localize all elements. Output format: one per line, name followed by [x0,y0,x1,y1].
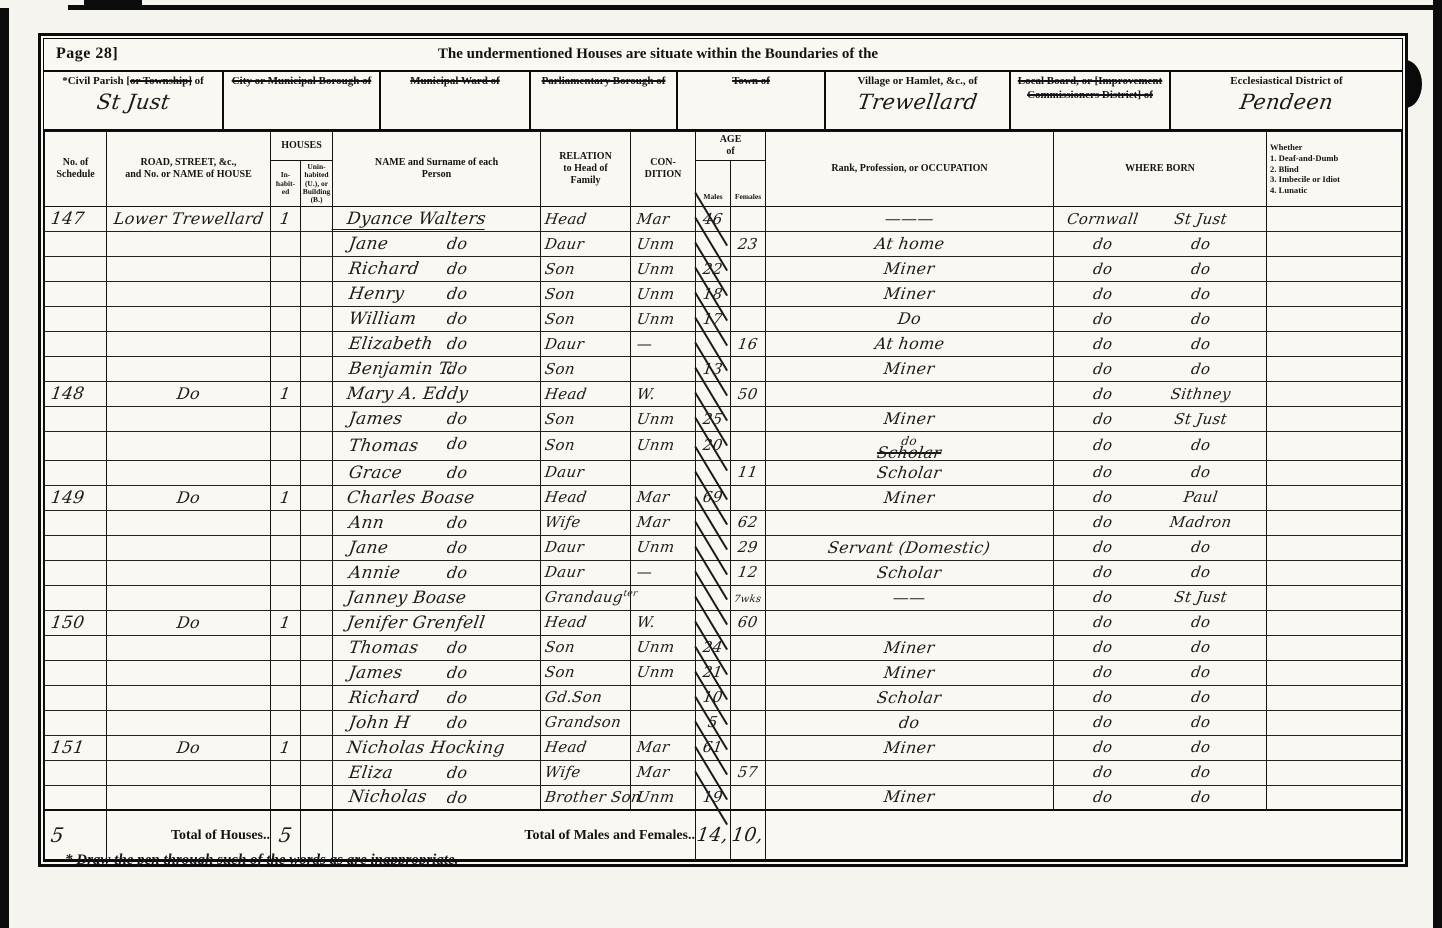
cell-schedule-number [45,685,107,710]
table-row: GracedoDaur11Scholardodo [45,460,1402,485]
cell-infirmity [1267,560,1402,585]
col-header-age-group: AGE of [696,132,766,161]
cell-houses-inhabited [271,510,301,535]
cell-schedule-number [45,332,107,357]
cell-houses-inhabited [271,760,301,785]
cell-occupation: Miner [766,735,1054,760]
col-header-inhabited: In- habit- ed [271,161,301,207]
cell-age-male [696,510,731,535]
cell-infirmity [1267,485,1402,510]
cell-person-name: Elizado [333,760,541,785]
cell-where-born: CornwallSt Just [1054,207,1267,232]
cell-road-name [107,560,271,585]
cell-schedule-number [45,510,107,535]
cell-age-female: 50 [731,382,766,407]
cell-infirmity [1267,232,1402,257]
cell-person-name: Elizabethdo [333,332,541,357]
cell-occupation: Scholar [766,560,1054,585]
footnote: * Draw the pen through such of the words… [65,852,458,869]
cell-schedule-number [45,282,107,307]
district-label: Village or Hamlet, &c., of [826,75,1009,89]
cell-age-male [696,560,731,585]
cell-relation: Wife [541,760,631,785]
district-value: Pendeen [1238,90,1334,114]
cell-houses-uninhabited [301,232,333,257]
cell-where-born: dodo [1054,232,1267,257]
table-row: JanedoDaurUnm29Servant (Domestic)dodo [45,535,1402,560]
table-row: AnniedoDaur—12Scholardodo [45,560,1402,585]
cell-houses-inhabited [271,585,301,610]
cell-houses-uninhabited [301,307,333,332]
col-header-schedule: No. of Schedule [45,132,107,207]
table-row: RicharddoSonUnm22Minerdodo [45,257,1402,282]
cell-houses-uninhabited [301,710,333,735]
cell-occupation: Do [766,307,1054,332]
cell-person-name: Mary A. Eddy [333,382,541,407]
scan-artifact-right-bar [1433,0,1442,928]
form-frame: Page 28] The undermentioned Houses are s… [38,33,1408,867]
cell-relation: Daur [541,460,631,485]
table-row: WilliamdoSonUnm17Dododo [45,307,1402,332]
cell-where-born: dodo [1054,685,1267,710]
cell-age-male: 22 [696,257,731,282]
cell-schedule-number: 147 [45,207,107,232]
cell-condition [631,460,696,485]
cell-infirmity [1267,685,1402,710]
cell-occupation: Miner [766,785,1054,810]
table-row: 151Do1Nicholas HockingHeadMar61Minerdodo [45,735,1402,760]
district-cell-2: Municipal Ward of [381,72,531,129]
cell-where-born: dodo [1054,610,1267,635]
cell-schedule-number: 151 [45,735,107,760]
cell-person-name: Anndo [333,510,541,535]
cell-infirmity [1267,432,1402,460]
table-row: 149Do1Charles BoaseHeadMar69MinerdoPaul [45,485,1402,510]
table-row: ThomasdoSonUnm20doScholardodo [45,432,1402,460]
cell-relation: Son [541,357,631,382]
cell-condition: Unm [631,232,696,257]
cell-relation: Head [541,382,631,407]
cell-condition [631,585,696,610]
cell-where-born: dodo [1054,282,1267,307]
cell-road-name: Do [107,735,271,760]
cell-occupation: Servant (Domestic) [766,535,1054,560]
cell-occupation: Miner [766,282,1054,307]
cell-occupation: —— [766,585,1054,610]
cell-person-name: Thomasdo [333,635,541,660]
cell-road-name [107,460,271,485]
cell-relation: Head [541,207,631,232]
cell-where-born: dodo [1054,535,1267,560]
cell-schedule-number [45,635,107,660]
cell-relation: Daur [541,232,631,257]
cell-infirmity [1267,785,1402,810]
district-label: Town of [678,75,824,89]
cell-houses-inhabited [271,560,301,585]
district-value: St Just [95,90,171,114]
cell-houses-uninhabited [301,610,333,635]
cell-road-name: Do [107,485,271,510]
cell-road-name: Lower Trewellard [107,207,271,232]
cell-road-name [107,332,271,357]
district-cell-3: Parliamentary Borough of [531,72,678,129]
cell-age-female [731,710,766,735]
cell-schedule-number [45,535,107,560]
cell-condition: — [631,332,696,357]
cell-where-born: doPaul [1054,485,1267,510]
cell-infirmity [1267,610,1402,635]
cell-occupation: At home [766,232,1054,257]
district-cell-5: Village or Hamlet, &c., ofTrewellard [826,72,1011,129]
col-header-occupation: Rank, Profession, or OCCUPATION [766,132,1054,207]
cell-occupation: Miner [766,257,1054,282]
totals-males: 14, [696,810,731,860]
table-row: HenrydoSonUnm18Minerdodo [45,282,1402,307]
cell-age-female [731,685,766,710]
cell-occupation: do [766,710,1054,735]
cell-where-born: doSithney [1054,382,1267,407]
cell-houses-inhabited: 1 [271,485,301,510]
table-row: JamesdoSonUnm25MinerdoSt Just [45,407,1402,432]
district-label: *Civil Parish [or Township] of [44,75,222,89]
cell-condition: Unm [631,307,696,332]
cell-houses-uninhabited [301,382,333,407]
cell-age-female [731,485,766,510]
cell-age-male: 19 [696,785,731,810]
cell-where-born: doSt Just [1054,585,1267,610]
cell-age-female [731,307,766,332]
cell-where-born: dodo [1054,332,1267,357]
cell-schedule-number [45,460,107,485]
cell-age-male: 17 [696,307,731,332]
cell-houses-inhabited: 1 [271,735,301,760]
cell-road-name [107,685,271,710]
col-header-infirmity: Whether 1. Deaf-and-Dumb 2. Blind 3. Imb… [1267,132,1402,207]
cell-person-name: Richarddo [333,257,541,282]
cell-houses-uninhabited [301,282,333,307]
cell-occupation: doScholar [766,432,1054,460]
cell-age-female: 12 [731,560,766,585]
district-value: Trewellard [856,90,979,114]
cell-houses-uninhabited [301,535,333,560]
cell-schedule-number [45,785,107,810]
cell-age-female [731,635,766,660]
cell-person-name: Jamesdo [333,407,541,432]
cell-road-name [107,232,271,257]
scan-artifact-left-bar [0,8,9,928]
cell-infirmity [1267,357,1402,382]
cell-road-name: Do [107,610,271,635]
cell-houses-inhabited [271,332,301,357]
cell-schedule-number [45,760,107,785]
cell-schedule-number [45,307,107,332]
cell-person-name: Gracedo [333,460,541,485]
cell-houses-uninhabited [301,357,333,382]
col-header-where-born: WHERE BORN [1054,132,1267,207]
cell-houses-uninhabited [301,432,333,460]
cell-age-female [731,432,766,460]
cell-infirmity [1267,207,1402,232]
cell-where-born: dodo [1054,357,1267,382]
cell-infirmity [1267,760,1402,785]
cell-schedule-number [45,232,107,257]
cell-age-female: 23 [731,232,766,257]
cell-infirmity [1267,510,1402,535]
cell-age-male: 61 [696,735,731,760]
cell-infirmity [1267,282,1402,307]
cell-relation: Son [541,257,631,282]
cell-age-male: 69 [696,485,731,510]
cell-road-name [107,760,271,785]
cell-where-born: dodo [1054,735,1267,760]
cell-person-name: Charles Boase [333,485,541,510]
table-row: JanedoDaurUnm23At homedodo [45,232,1402,257]
cell-relation: Daur [541,332,631,357]
table-row: Janney BoaseGrandaugter7wks——doSt Just [45,585,1402,610]
cell-age-male: 25 [696,407,731,432]
col-header-females: Females [731,161,766,207]
cell-age-male [696,232,731,257]
scan-artifact-top-line [68,5,1442,10]
cell-where-born: dodo [1054,635,1267,660]
cell-condition: Mar [631,485,696,510]
cell-occupation: Miner [766,357,1054,382]
cell-occupation: Scholar [766,460,1054,485]
cell-condition: Mar [631,760,696,785]
cell-person-name: Dyance Walters [333,207,541,232]
cell-houses-uninhabited [301,257,333,282]
cell-houses-inhabited [271,257,301,282]
cell-age-female [731,660,766,685]
district-header: *Civil Parish [or Township] ofSt JustCit… [44,72,1402,131]
cell-age-female [731,357,766,382]
cell-houses-uninhabited [301,560,333,585]
cell-houses-inhabited [271,357,301,382]
cell-relation: Son [541,635,631,660]
cell-condition: Unm [631,282,696,307]
cell-infirmity [1267,332,1402,357]
cell-age-female [731,785,766,810]
cell-houses-inhabited [271,660,301,685]
cell-houses-inhabited [271,282,301,307]
title-row: Page 28] The undermentioned Houses are s… [44,39,1402,72]
cell-where-born: dodo [1054,660,1267,685]
cell-road-name [107,307,271,332]
cell-road-name [107,510,271,535]
cell-houses-inhabited [271,710,301,735]
cell-condition: Unm [631,432,696,460]
cell-relation: Son [541,282,631,307]
scan-artifact-top-mark [84,0,142,6]
cell-relation: Head [541,735,631,760]
cell-condition: Unm [631,785,696,810]
cell-occupation: Miner [766,407,1054,432]
cell-road-name [107,407,271,432]
cell-road-name: Do [107,382,271,407]
cell-relation: Gd.Son [541,685,631,710]
cell-relation: Grandson [541,710,631,735]
district-cell-4: Town of [678,72,826,129]
cell-age-female: 60 [731,610,766,635]
cell-condition: Unm [631,407,696,432]
cell-condition [631,685,696,710]
district-cell-6: Local Board, or [Improvement Commissione… [1011,72,1171,129]
cell-age-male: 20 [696,432,731,460]
cell-road-name [107,257,271,282]
cell-where-born: dodo [1054,257,1267,282]
table-row: John HdoGrandson5dododo [45,710,1402,735]
cell-person-name: Janedo [333,232,541,257]
cell-age-male [696,535,731,560]
cell-houses-uninhabited [301,635,333,660]
cell-occupation: ——— [766,207,1054,232]
col-header-relation: RELATION to Head of Family [541,132,631,207]
cell-infirmity [1267,660,1402,685]
table-row: ElizabethdoDaur—16At homedodo [45,332,1402,357]
cell-schedule-number [45,432,107,460]
cell-person-name: Janedo [333,535,541,560]
cell-relation: Grandaugter [541,585,631,610]
cell-condition: — [631,560,696,585]
cell-road-name [107,282,271,307]
census-page: Page 28] The undermentioned Houses are s… [0,0,1442,928]
cell-houses-uninhabited [301,460,333,485]
cell-condition: Unm [631,635,696,660]
cell-age-female: 57 [731,760,766,785]
cell-condition [631,710,696,735]
cell-relation: Head [541,610,631,635]
cell-where-born: dodo [1054,560,1267,585]
cell-person-name: Anniedo [333,560,541,585]
cell-person-name: John Hdo [333,710,541,735]
cell-person-name: Henrydo [333,282,541,307]
cell-schedule-number [45,407,107,432]
table-row: 150Do1Jenifer GrenfellHeadW.60dodo [45,610,1402,635]
cell-infirmity [1267,735,1402,760]
cell-condition: Unm [631,535,696,560]
cell-age-female: 11 [731,460,766,485]
cell-where-born: dodo [1054,760,1267,785]
cell-relation: Daur [541,560,631,585]
cell-houses-inhabited [271,432,301,460]
cell-occupation: Miner [766,635,1054,660]
cell-infirmity [1267,257,1402,282]
cell-houses-uninhabited [301,407,333,432]
cell-where-born: dodo [1054,710,1267,735]
cell-age-female [731,207,766,232]
col-header-condition: CON- DITION [631,132,696,207]
cell-infirmity [1267,460,1402,485]
table-row: Benjamin T.doSon13Minerdodo [45,357,1402,382]
cell-person-name: Janney Boase [333,585,541,610]
table-row: RicharddoGd.Son10Scholardodo [45,685,1402,710]
col-header-uninhabited: Unin- habited (U.), or Building (B.) [301,161,333,207]
cell-where-born: dodo [1054,785,1267,810]
cell-condition: Unm [631,660,696,685]
cell-age-male [696,760,731,785]
cell-where-born: dodo [1054,460,1267,485]
table-row: 147Lower Trewellard1Dyance WaltersHeadMa… [45,207,1402,232]
cell-age-male: 10 [696,685,731,710]
cell-occupation: Scholar [766,685,1054,710]
cell-age-male: 21 [696,660,731,685]
cell-houses-inhabited [271,535,301,560]
cell-occupation [766,382,1054,407]
cell-road-name [107,585,271,610]
cell-road-name [107,535,271,560]
cell-schedule-number: 150 [45,610,107,635]
cell-houses-inhabited [271,232,301,257]
cell-infirmity [1267,407,1402,432]
cell-age-female: 16 [731,332,766,357]
cell-road-name [107,432,271,460]
cell-age-male: 5 [696,710,731,735]
district-cell-1: City or Municipal Borough of [224,72,381,129]
cell-occupation [766,510,1054,535]
district-label: City or Municipal Borough of [224,75,379,89]
cell-schedule-number [45,660,107,685]
cell-age-male [696,382,731,407]
col-header-road: ROAD, STREET, &c., and No. or NAME of HO… [107,132,271,207]
cell-where-born: dodo [1054,307,1267,332]
cell-houses-uninhabited [301,585,333,610]
cell-age-female [731,735,766,760]
cell-condition: W. [631,610,696,635]
table-row: 148Do1Mary A. EddyHeadW.50doSithney [45,382,1402,407]
cell-condition: W. [631,382,696,407]
cell-where-born: doMadron [1054,510,1267,535]
cell-age-female [731,282,766,307]
cell-road-name [107,710,271,735]
cell-relation: Son [541,660,631,685]
cell-infirmity [1267,307,1402,332]
cell-relation: Son [541,407,631,432]
cell-houses-inhabited [271,460,301,485]
cell-schedule-number: 148 [45,382,107,407]
cell-age-male: 18 [696,282,731,307]
table-row: JamesdoSonUnm21Minerdodo [45,660,1402,685]
cell-occupation: At home [766,332,1054,357]
cell-houses-uninhabited [301,332,333,357]
cell-infirmity [1267,535,1402,560]
cell-age-female [731,407,766,432]
cell-houses-inhabited [271,785,301,810]
cell-person-name: Nicholas Hocking [333,735,541,760]
cell-infirmity [1267,585,1402,610]
cell-relation: Son [541,307,631,332]
cell-road-name [107,357,271,382]
cell-age-male [696,610,731,635]
cell-occupation [766,610,1054,635]
cell-age-male: 13 [696,357,731,382]
cell-age-male [696,585,731,610]
cell-occupation [766,760,1054,785]
cell-road-name [107,660,271,685]
form-title: The undermentioned Houses are situate wi… [44,46,1272,63]
cell-age-female: 62 [731,510,766,535]
cell-person-name: Thomasdo [333,432,541,460]
cell-houses-inhabited: 1 [271,207,301,232]
district-label: Ecclesiastical District of [1171,75,1402,89]
cell-condition: Mar [631,207,696,232]
district-label: Local Board, or [Improvement Commissione… [1011,75,1169,103]
cell-houses-inhabited [271,635,301,660]
cell-schedule-number [45,710,107,735]
cell-houses-inhabited [271,685,301,710]
cell-condition [631,357,696,382]
table-row: NicholasdoBrother SonUnm19Minerdodo [45,785,1402,810]
table-row: AnndoWifeMar62doMadron [45,510,1402,535]
